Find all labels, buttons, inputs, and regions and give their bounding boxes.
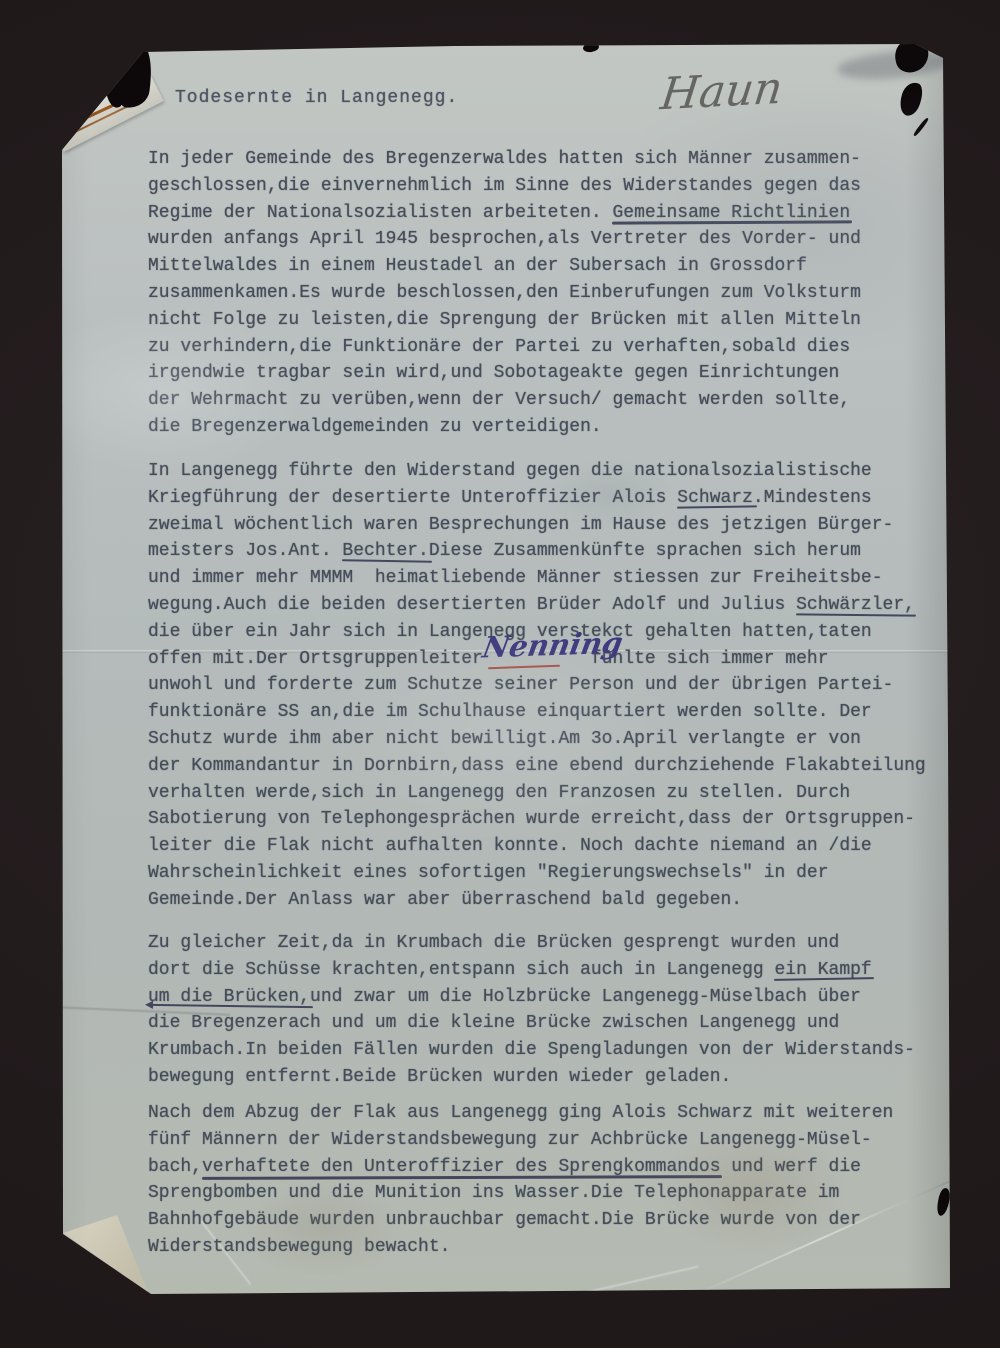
- tear-mark: [896, 80, 926, 119]
- typed-line: nicht Folge zu leisten,die Sprengung der…: [148, 307, 861, 334]
- tear-mark: [913, 117, 930, 137]
- typed-line: die Bregenzerwaldgemeinden zu verteidige…: [148, 414, 861, 441]
- typed-line: bewegung entfernt.Beide Brücken wurden w…: [148, 1064, 915, 1091]
- typed-line: zusammenkamen.Es wurde beschlossen,den E…: [148, 280, 861, 307]
- paragraph-3: Zu gleicher Zeit,da in Krumbach die Brüc…: [148, 930, 915, 1091]
- typed-line: und immer mehr MMMM heimatliebende Männe…: [148, 565, 926, 592]
- typed-line: Widerstandsbewegung bewacht.: [148, 1234, 893, 1261]
- typed-line: der Wehrmacht zu verüben,wenn der Versuc…: [148, 387, 861, 414]
- diagonal-crease: [523, 1266, 699, 1308]
- paragraph-1: In jeder Gemeinde des Bregenzerwaldes ha…: [148, 146, 861, 441]
- typed-line: zu verhindern,die Funktionäre der Partei…: [148, 334, 861, 361]
- typed-line: Bahnhofgebäude wurden unbrauchbar gemach…: [148, 1207, 893, 1234]
- handwritten-name-pencil: Haun: [658, 63, 785, 121]
- dog-ear-fold: [55, 1208, 155, 1298]
- typed-line: Kriegführung der desertierte Unteroffizi…: [148, 485, 926, 512]
- typed-line: zweimal wöchentlich waren Besprechungen …: [148, 512, 926, 539]
- document-page: Todesernte in Langenegg. Haun In jeder G…: [55, 38, 950, 1304]
- typed-line: verhalten werde,sich in Langenegg den Fr…: [148, 780, 926, 807]
- typed-line: In Langenegg führte den Widerstand gegen…: [148, 458, 926, 485]
- typed-line: die Bregenzerach und um die kleine Brück…: [148, 1010, 915, 1037]
- paragraph-2: In Langenegg führte den Widerstand gegen…: [148, 458, 926, 914]
- typed-line: der Kommandantur in Dornbirn,dass eine e…: [148, 753, 926, 780]
- typed-line: Nach dem Abzug der Flak aus Langenegg gi…: [148, 1100, 893, 1127]
- typed-line: Krumbach.In beiden Fällen wurden die Spe…: [148, 1037, 915, 1064]
- typed-line: Wahrscheinlichkeit eines sofortigen "Reg…: [148, 860, 926, 887]
- typed-line: leiter die Flak nicht aufhalten konnte. …: [148, 833, 926, 860]
- ink-blot: [582, 42, 599, 53]
- paragraph-4: Nach dem Abzug der Flak aus Langenegg gi…: [148, 1100, 893, 1261]
- typed-line: Gemeinde.Der Anlass war aber überraschen…: [148, 887, 926, 914]
- typed-line: Sabotierung von Telephongesprächen wurde…: [148, 806, 926, 833]
- typed-line: meisters Jos.Ant. Bechter.Diese Zusammen…: [148, 538, 926, 565]
- typed-line: wurden anfangs April 1945 besprochen,als…: [148, 226, 861, 253]
- tear-mark: [936, 1187, 951, 1216]
- typed-line: Schutz wurde ihm aber nicht bewilligt.Am…: [148, 726, 926, 753]
- handwritten-name-ink: Nenning: [480, 625, 625, 664]
- typed-line: Mittelwaldes in einem Heustadel an der S…: [148, 253, 861, 280]
- typed-line: Sprengbomben und die Munition ins Wasser…: [148, 1180, 893, 1207]
- typed-line: Zu gleicher Zeit,da in Krumbach die Brüc…: [148, 930, 915, 957]
- typed-line: geschlossen,die einvernehmlich im Sinne …: [148, 173, 861, 200]
- typed-line: unwohl und forderte zum Schutze seiner P…: [148, 672, 926, 699]
- typed-line: In jeder Gemeinde des Bregenzerwaldes ha…: [148, 146, 861, 173]
- typed-line: fünf Männern der Widerstandsbewegung zur…: [148, 1127, 893, 1154]
- typed-line: irgendwie tragbar sein wird,und Sobotage…: [148, 360, 861, 387]
- photo-backdrop: Todesernte in Langenegg. Haun In jeder G…: [0, 0, 1000, 1348]
- typed-line: funktionäre SS an,die im Schulhause einq…: [148, 699, 926, 726]
- document-title: Todesernte in Langenegg.: [175, 88, 458, 108]
